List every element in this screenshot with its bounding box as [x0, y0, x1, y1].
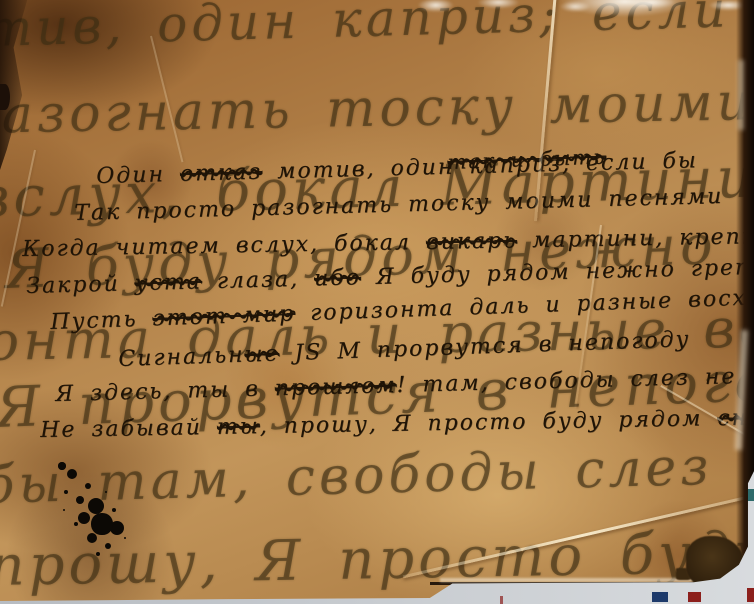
draft-lines: так и бытьОдин отказ мотив, один каприз,…	[0, 0, 754, 604]
draft-text: Один	[96, 162, 180, 189]
crossed-out-word: викарь	[426, 228, 518, 255]
ink-blot	[686, 536, 744, 588]
draft-line: Когда читаем вслух, бокал викарь мартини…	[22, 224, 754, 262]
under-strip-teal-mark	[747, 489, 754, 501]
draft-text: Пусть	[50, 306, 153, 335]
crossed-out-word: ты	[217, 414, 260, 440]
under-strip-line	[500, 596, 503, 604]
draft-text: Я буду рядом нежно греться	[361, 254, 754, 291]
draft-text: ! там, свободы слез не надо	[396, 362, 754, 398]
parchment-sheet: тив, один каприз; если быразогнать тоску…	[0, 0, 754, 604]
crossed-out-word: этот мир	[152, 301, 296, 331]
draft-line: Сигнальные JS M прорвутся в непогоду	[118, 327, 691, 372]
torn-top-patch	[540, 0, 710, 36]
crossed-out-word: прошлом	[275, 373, 397, 401]
crossed-out-word: уста	[134, 269, 202, 296]
draft-line: Один отказ мотив, один каприз, если бы	[96, 148, 698, 189]
draft-text: мотив, один каприз, если бы	[262, 148, 698, 184]
draft-text: глаза,	[201, 266, 314, 294]
draft-text: мартини, крепко	[517, 224, 754, 253]
right-edge-highlight-2	[738, 60, 744, 130]
crossed-out-word: ибо	[314, 265, 361, 291]
draft-text: , прошу, Я просто буду рядом	[259, 406, 717, 439]
draft-text: Я здесь, ты в	[55, 376, 275, 407]
draft-text: Так просто разогнать тоску моими песнями	[74, 184, 724, 226]
draft-text: Закрой	[26, 271, 135, 299]
left-edge-notch	[0, 84, 10, 110]
ink-splatter	[58, 462, 66, 470]
aged-letter-photo: тив, один каприз; если быразогнать тоску…	[0, 0, 754, 604]
bottom-edge-highlight	[440, 578, 720, 582]
draft-text: Когда читаем вслух, бокал	[22, 230, 426, 262]
draft-line: Не забывай ты, прошу, Я просто буду рядо…	[40, 405, 754, 443]
draft-line: Так просто разогнать тоску моими песнями	[74, 184, 724, 226]
draft-text: Не забывай	[40, 415, 217, 443]
draft-text: горизонта даль и разные восходы	[295, 284, 754, 327]
under-strip-red-mark-2	[747, 588, 754, 602]
crossed-out-word: отказ	[180, 160, 263, 187]
draft-text: Сигнальн	[118, 343, 245, 372]
under-strip-navy-mark	[652, 592, 668, 602]
draft-text: JS M прорвутся в непогоду	[279, 327, 691, 366]
crossed-out-word: ые	[244, 341, 280, 367]
under-strip-red-mark	[688, 592, 701, 602]
